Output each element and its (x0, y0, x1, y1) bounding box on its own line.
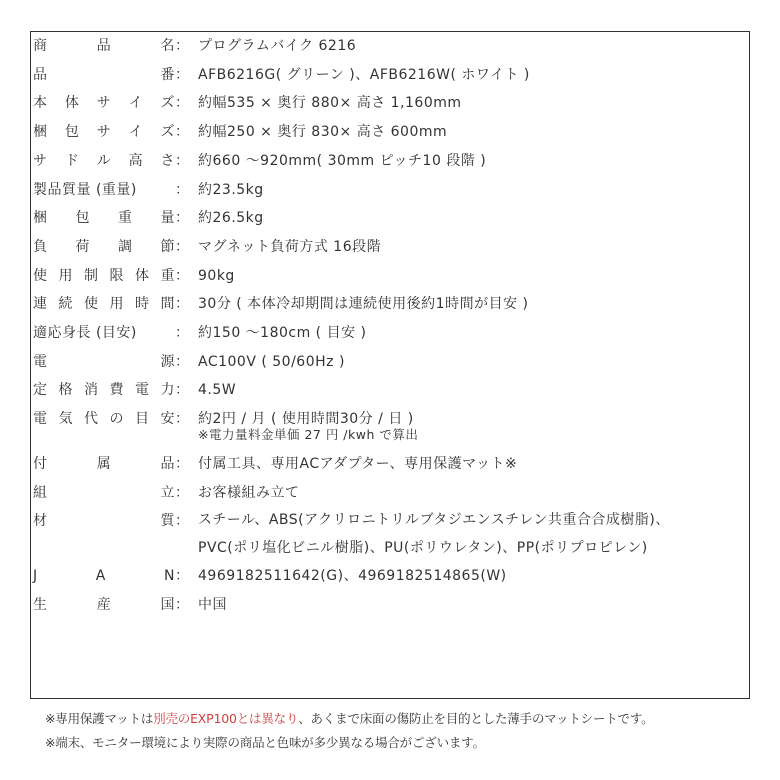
spec-row: 連続使用時間：30分 ( 本体冷却期間は連続使用後約1時間が目安 ) (33, 290, 693, 319)
spec-label: 梱包重量 (33, 204, 175, 233)
spec-row: 組立：お客様組み立て (33, 479, 693, 508)
spec-colon: ： (175, 376, 189, 405)
spec-label: 商品名 (33, 32, 175, 61)
spec-value: 約幅250 × 奥行 830× 高さ 600mm (189, 118, 693, 147)
spec-colon: ： (175, 450, 189, 479)
spec-row: 定格消費電力：4.5W (33, 376, 693, 405)
spec-colon: ： (175, 562, 189, 591)
spec-value: 付属工具、専用ACアダプター、専用保護マット※ (189, 450, 693, 479)
spec-value: 約23.5kg (189, 176, 693, 205)
spec-colon: ： (175, 319, 189, 348)
spec-row: 負荷調節：マグネット負荷方式 16段階 (33, 233, 693, 262)
spec-label: 電源 (33, 348, 175, 377)
spec-colon: ： (175, 591, 189, 620)
spec-label: 生産国 (33, 591, 175, 620)
spec-value: プログラムバイク 6216 (189, 32, 693, 61)
spec-row: 製品質量 (重量)：約23.5kg (33, 176, 693, 205)
spec-colon: ： (175, 32, 189, 61)
spec-row: 商品名：プログラムバイク 6216 (33, 32, 693, 61)
spec-row: 生産国：中国 (33, 591, 693, 620)
spec-colon: ： (175, 290, 189, 319)
spec-colon: ： (175, 61, 189, 90)
spec-colon: ： (175, 118, 189, 147)
spec-row: 電気代の目安：約2円 / 月 ( 使用時間30分 / 日 )※電力量料金単価 2… (33, 405, 693, 450)
spec-label: 定格消費電力 (33, 376, 175, 405)
spec-row: 材質：スチール、ABS(アクリロニトリルブタジエンスチレン共重合合成樹脂)、PV… (33, 507, 693, 562)
spec-label: 負荷調節 (33, 233, 175, 262)
spec-row: 付属品：付属工具、専用ACアダプター、専用保護マット※ (33, 450, 693, 479)
spec-value: 約660 ～920mm( 30mm ピッチ10 段階 ) (189, 147, 693, 176)
spec-value: 90kg (189, 262, 693, 291)
footnote-highlight: 別売のEXP100とは異なり (153, 711, 298, 726)
spec-label: 付属品 (33, 450, 175, 479)
spec-row: JAN：4969182511642(G)、4969182514865(W) (33, 562, 693, 591)
spec-row: 品番：AFB6216G( グリーン )、AFB6216W( ホワイト ) (33, 61, 693, 90)
spec-colon: ： (175, 405, 189, 434)
spec-value: 約150 ～180cm ( 目安 ) (189, 319, 693, 348)
spec-row: 使用制限体重：90kg (33, 262, 693, 291)
spec-colon: ： (175, 262, 189, 291)
spec-colon: ： (175, 507, 189, 536)
spec-value: AC100V ( 50/60Hz ) (189, 348, 693, 377)
spec-row: サドル高さ：約660 ～920mm( 30mm ピッチ10 段階 ) (33, 147, 693, 176)
spec-label: 使用制限体重 (33, 262, 175, 291)
spec-colon: ： (175, 233, 189, 262)
spec-row: 梱包重量：約26.5kg (33, 204, 693, 233)
footnote-mat: ※専用保護マットは別売のEXP100とは異なり、あくまで床面の傷防止を目的とした… (45, 707, 653, 731)
footnote-color: ※端末、モニター環境により実際の商品と色味が多少異なる場合がございます。 (45, 731, 653, 755)
spec-label: 本体サイズ (33, 89, 175, 118)
spec-value: スチール、ABS(アクリロニトリルブタジエンスチレン共重合合成樹脂)、PVC(ポ… (189, 507, 693, 562)
spec-label: 材質 (33, 507, 175, 536)
spec-row: 本体サイズ：約幅535 × 奥行 880× 高さ 1,160mm (33, 89, 693, 118)
spec-value: 中国 (189, 591, 693, 620)
spec-value: マグネット負荷方式 16段階 (189, 233, 693, 262)
spec-colon: ： (175, 147, 189, 176)
spec-label: サドル高さ (33, 147, 175, 176)
spec-label: 適応身長 (目安) (33, 319, 175, 348)
footnotes: ※専用保護マットは別売のEXP100とは異なり、あくまで床面の傷防止を目的とした… (45, 707, 653, 755)
spec-row: 電源：AC100V ( 50/60Hz ) (33, 348, 693, 377)
spec-label: 組立 (33, 479, 175, 508)
spec-value: 30分 ( 本体冷却期間は連続使用後約1時間が目安 ) (189, 290, 693, 319)
spec-label: 電気代の目安 (33, 405, 175, 434)
spec-value: 4.5W (189, 376, 693, 405)
spec-label: JAN (33, 562, 175, 591)
spec-colon: ： (175, 89, 189, 118)
spec-value: 約幅535 × 奥行 880× 高さ 1,160mm (189, 89, 693, 118)
spec-value: 4969182511642(G)、4969182514865(W) (189, 562, 693, 591)
spec-colon: ： (175, 176, 189, 205)
spec-value: AFB6216G( グリーン )、AFB6216W( ホワイト ) (189, 61, 693, 90)
spec-label: 梱包サイズ (33, 118, 175, 147)
spec-colon: ： (175, 479, 189, 508)
spec-value: 約26.5kg (189, 204, 693, 233)
spec-row: 適応身長 (目安)：約150 ～180cm ( 目安 ) (33, 319, 693, 348)
spec-value: お客様組み立て (189, 479, 693, 508)
spec-label: 製品質量 (重量) (33, 176, 175, 205)
spec-value: 約2円 / 月 ( 使用時間30分 / 日 )※電力量料金単価 27 円 /kw… (189, 405, 693, 450)
spec-table: 商品名：プログラムバイク 6216品番：AFB6216G( グリーン )、AFB… (33, 32, 693, 620)
spec-row: 梱包サイズ：約幅250 × 奥行 830× 高さ 600mm (33, 118, 693, 147)
spec-colon: ： (175, 204, 189, 233)
spec-colon: ： (175, 348, 189, 377)
spec-subnote: ※電力量料金単価 27 円 /kwh で算出 (198, 428, 693, 442)
spec-label: 品番 (33, 61, 175, 90)
spec-label: 連続使用時間 (33, 290, 175, 319)
